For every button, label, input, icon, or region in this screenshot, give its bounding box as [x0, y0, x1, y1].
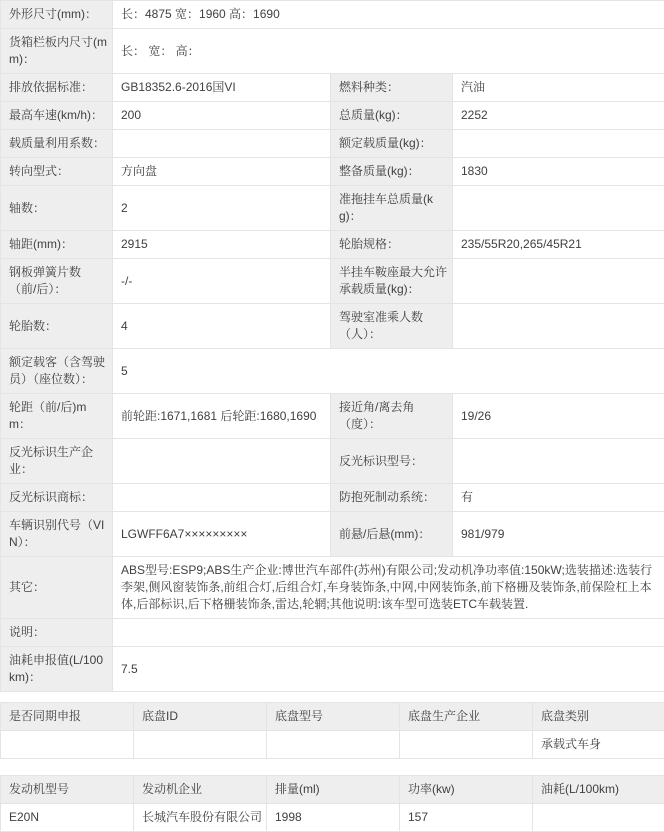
spec-label: 接近角/离去角（度）： [331, 394, 453, 439]
spec-value [453, 130, 664, 158]
spec-value: 200 [113, 102, 331, 130]
spec-label: 防抱死制动系统： [331, 484, 453, 512]
spec-row: 车辆识别代号（VIN）：LGWFF6A7×××××××××前悬/后悬(mm)：9… [1, 512, 664, 557]
spec-row: 轮距（前/后)mm：前轮距:1671,1681 后轮距:1680,1690接近角… [1, 394, 664, 439]
spec-label: 反光标识生产企业： [1, 439, 113, 484]
spec-label: 轴距(mm)： [1, 231, 113, 259]
spec-row: 转向型式：方向盘整备质量(kg)：1830 [1, 158, 664, 186]
engine-header-cell: 功率(kw) [400, 776, 533, 804]
spec-row: 轴距(mm)：2915轮胎规格：235/55R20,265/45R21 [1, 231, 664, 259]
spec-label: 轴数： [1, 186, 113, 231]
spec-label: 反光标识型号： [331, 439, 453, 484]
chassis-header-cell: 底盘类别 [533, 703, 664, 731]
spec-row: 排放依据标准：GB18352.6-2016国VI燃料种类：汽油 [1, 74, 664, 102]
spec-label: 准拖挂车总质量(kg)： [331, 186, 453, 231]
engine-cell [533, 804, 664, 832]
spec-label: 半挂车鞍座最大允许承载质量(kg)： [331, 259, 453, 304]
spec-value: 前轮距:1671,1681 后轮距:1680,1690 [113, 394, 331, 439]
spec-value: LGWFF6A7××××××××× [113, 512, 331, 557]
vehicle-declaration-page: 外形尺寸(mm)：长：4875 宽：1960 高：1690货箱栏板内尺寸(mm)… [0, 0, 664, 832]
chassis-cell [134, 731, 267, 759]
chassis-row: 承载式车身 [1, 731, 664, 759]
spec-label: 前悬/后悬(mm)： [331, 512, 453, 557]
chassis-header-cell: 底盘ID [134, 703, 267, 731]
engine-row: E20N长城汽车股份有限公司1998157 [1, 804, 664, 832]
spec-value [113, 619, 664, 647]
spec-label: 说明： [1, 619, 113, 647]
engine-header-cell: 发动机型号 [1, 776, 134, 804]
engine-cell: E20N [1, 804, 134, 832]
chassis-table-head: 是否同期申报底盘ID底盘型号底盘生产企业底盘类别 [1, 703, 664, 731]
spec-value [453, 186, 664, 231]
spec-label: 驾驶室准乘人数（人）： [331, 304, 453, 349]
spec-value [453, 259, 664, 304]
spec-value: 方向盘 [113, 158, 331, 186]
spec-row: 额定载客（含驾驶员）（座位数）：5 [1, 349, 664, 394]
spec-row: 说明： [1, 619, 664, 647]
spec-label: 其它： [1, 557, 113, 619]
spec-label: 钢板弹簧片数（前/后）： [1, 259, 113, 304]
spec-label: 排放依据标准： [1, 74, 113, 102]
spec-label: 额定载客（含驾驶员）（座位数）： [1, 349, 113, 394]
vehicle-spec-table: 外形尺寸(mm)：长：4875 宽：1960 高：1690货箱栏板内尺寸(mm)… [0, 0, 664, 692]
spec-value: 4 [113, 304, 331, 349]
spec-value: 19/26 [453, 394, 664, 439]
spec-label: 轮胎数： [1, 304, 113, 349]
spec-value [113, 439, 331, 484]
spec-label: 反光标识商标： [1, 484, 113, 512]
spec-row: 最高车速(km/h)：200总质量(kg)：2252 [1, 102, 664, 130]
spec-value [113, 130, 331, 158]
chassis-cell: 承载式车身 [533, 731, 664, 759]
spec-value [453, 304, 664, 349]
engine-header-cell: 油耗(L/100km) [533, 776, 664, 804]
chassis-cell [1, 731, 134, 759]
spec-row: 外形尺寸(mm)：长：4875 宽：1960 高：1690 [1, 1, 664, 29]
engine-header-row: 发动机型号发动机企业排量(ml)功率(kw)油耗(L/100km) [1, 776, 664, 804]
spec-label: 燃料种类： [331, 74, 453, 102]
spec-label: 车辆识别代号（VIN）： [1, 512, 113, 557]
spec-value: 长： 宽： 高： [113, 29, 664, 74]
chassis-header-row: 是否同期申报底盘ID底盘型号底盘生产企业底盘类别 [1, 703, 664, 731]
chassis-table: 是否同期申报底盘ID底盘型号底盘生产企业底盘类别 承载式车身 [0, 702, 664, 759]
spec-row: 轴数：2准拖挂车总质量(kg)： [1, 186, 664, 231]
spec-value: 5 [113, 349, 664, 394]
spec-value [453, 439, 664, 484]
spec-value: -/- [113, 259, 331, 304]
engine-table: 发动机型号发动机企业排量(ml)功率(kw)油耗(L/100km) E20N长城… [0, 775, 664, 832]
spec-label: 额定载质量(kg)： [331, 130, 453, 158]
spec-label: 外形尺寸(mm)： [1, 1, 113, 29]
spec-value: 2915 [113, 231, 331, 259]
engine-header-cell: 发动机企业 [134, 776, 267, 804]
spec-label: 油耗申报值(L/100km)： [1, 647, 113, 692]
engine-cell: 157 [400, 804, 533, 832]
spec-value [113, 484, 331, 512]
spec-value: 有 [453, 484, 664, 512]
spec-row: 钢板弹簧片数（前/后）：-/-半挂车鞍座最大允许承载质量(kg)： [1, 259, 664, 304]
spec-label: 载质量利用系数： [1, 130, 113, 158]
spec-label: 总质量(kg)： [331, 102, 453, 130]
spec-row: 载质量利用系数：额定载质量(kg)： [1, 130, 664, 158]
spec-row: 反光标识生产企业：反光标识型号： [1, 439, 664, 484]
chassis-header-cell: 底盘型号 [267, 703, 400, 731]
spec-label: 转向型式： [1, 158, 113, 186]
spec-row: 反光标识商标：防抱死制动系统：有 [1, 484, 664, 512]
chassis-cell [267, 731, 400, 759]
spec-label: 最高车速(km/h)： [1, 102, 113, 130]
spec-value: GB18352.6-2016国VI [113, 74, 331, 102]
spec-value: 2252 [453, 102, 664, 130]
vehicle-spec-table-body: 外形尺寸(mm)：长：4875 宽：1960 高：1690货箱栏板内尺寸(mm)… [1, 1, 664, 692]
chassis-header-cell: 底盘生产企业 [400, 703, 533, 731]
engine-table-head: 发动机型号发动机企业排量(ml)功率(kw)油耗(L/100km) [1, 776, 664, 804]
spec-value: 981/979 [453, 512, 664, 557]
spec-row: 其它：ABS型号:ESP9;ABS生产企业:博世汽车部件(苏州)有限公司;发动机… [1, 557, 664, 619]
spec-value: 7.5 [113, 647, 664, 692]
chassis-cell [400, 731, 533, 759]
chassis-header-cell: 是否同期申报 [1, 703, 134, 731]
spec-label: 整备质量(kg)： [331, 158, 453, 186]
spec-value: 2 [113, 186, 331, 231]
engine-cell: 1998 [267, 804, 400, 832]
spec-label: 货箱栏板内尺寸(mm)： [1, 29, 113, 74]
spec-value: 235/55R20,265/45R21 [453, 231, 664, 259]
spec-label: 轮胎规格： [331, 231, 453, 259]
engine-table-body: E20N长城汽车股份有限公司1998157 [1, 804, 664, 832]
engine-cell: 长城汽车股份有限公司 [134, 804, 267, 832]
chassis-table-body: 承载式车身 [1, 731, 664, 759]
spec-value: 长：4875 宽：1960 高：1690 [113, 1, 664, 29]
spec-label: 轮距（前/后)mm： [1, 394, 113, 439]
engine-header-cell: 排量(ml) [267, 776, 400, 804]
spec-value: 1830 [453, 158, 664, 186]
spec-value: 汽油 [453, 74, 664, 102]
spec-row: 轮胎数：4驾驶室准乘人数（人）： [1, 304, 664, 349]
spec-row: 油耗申报值(L/100km)：7.5 [1, 647, 664, 692]
spec-value: ABS型号:ESP9;ABS生产企业:博世汽车部件(苏州)有限公司;发动机净功率… [113, 557, 664, 619]
spec-row: 货箱栏板内尺寸(mm)：长： 宽： 高： [1, 29, 664, 74]
